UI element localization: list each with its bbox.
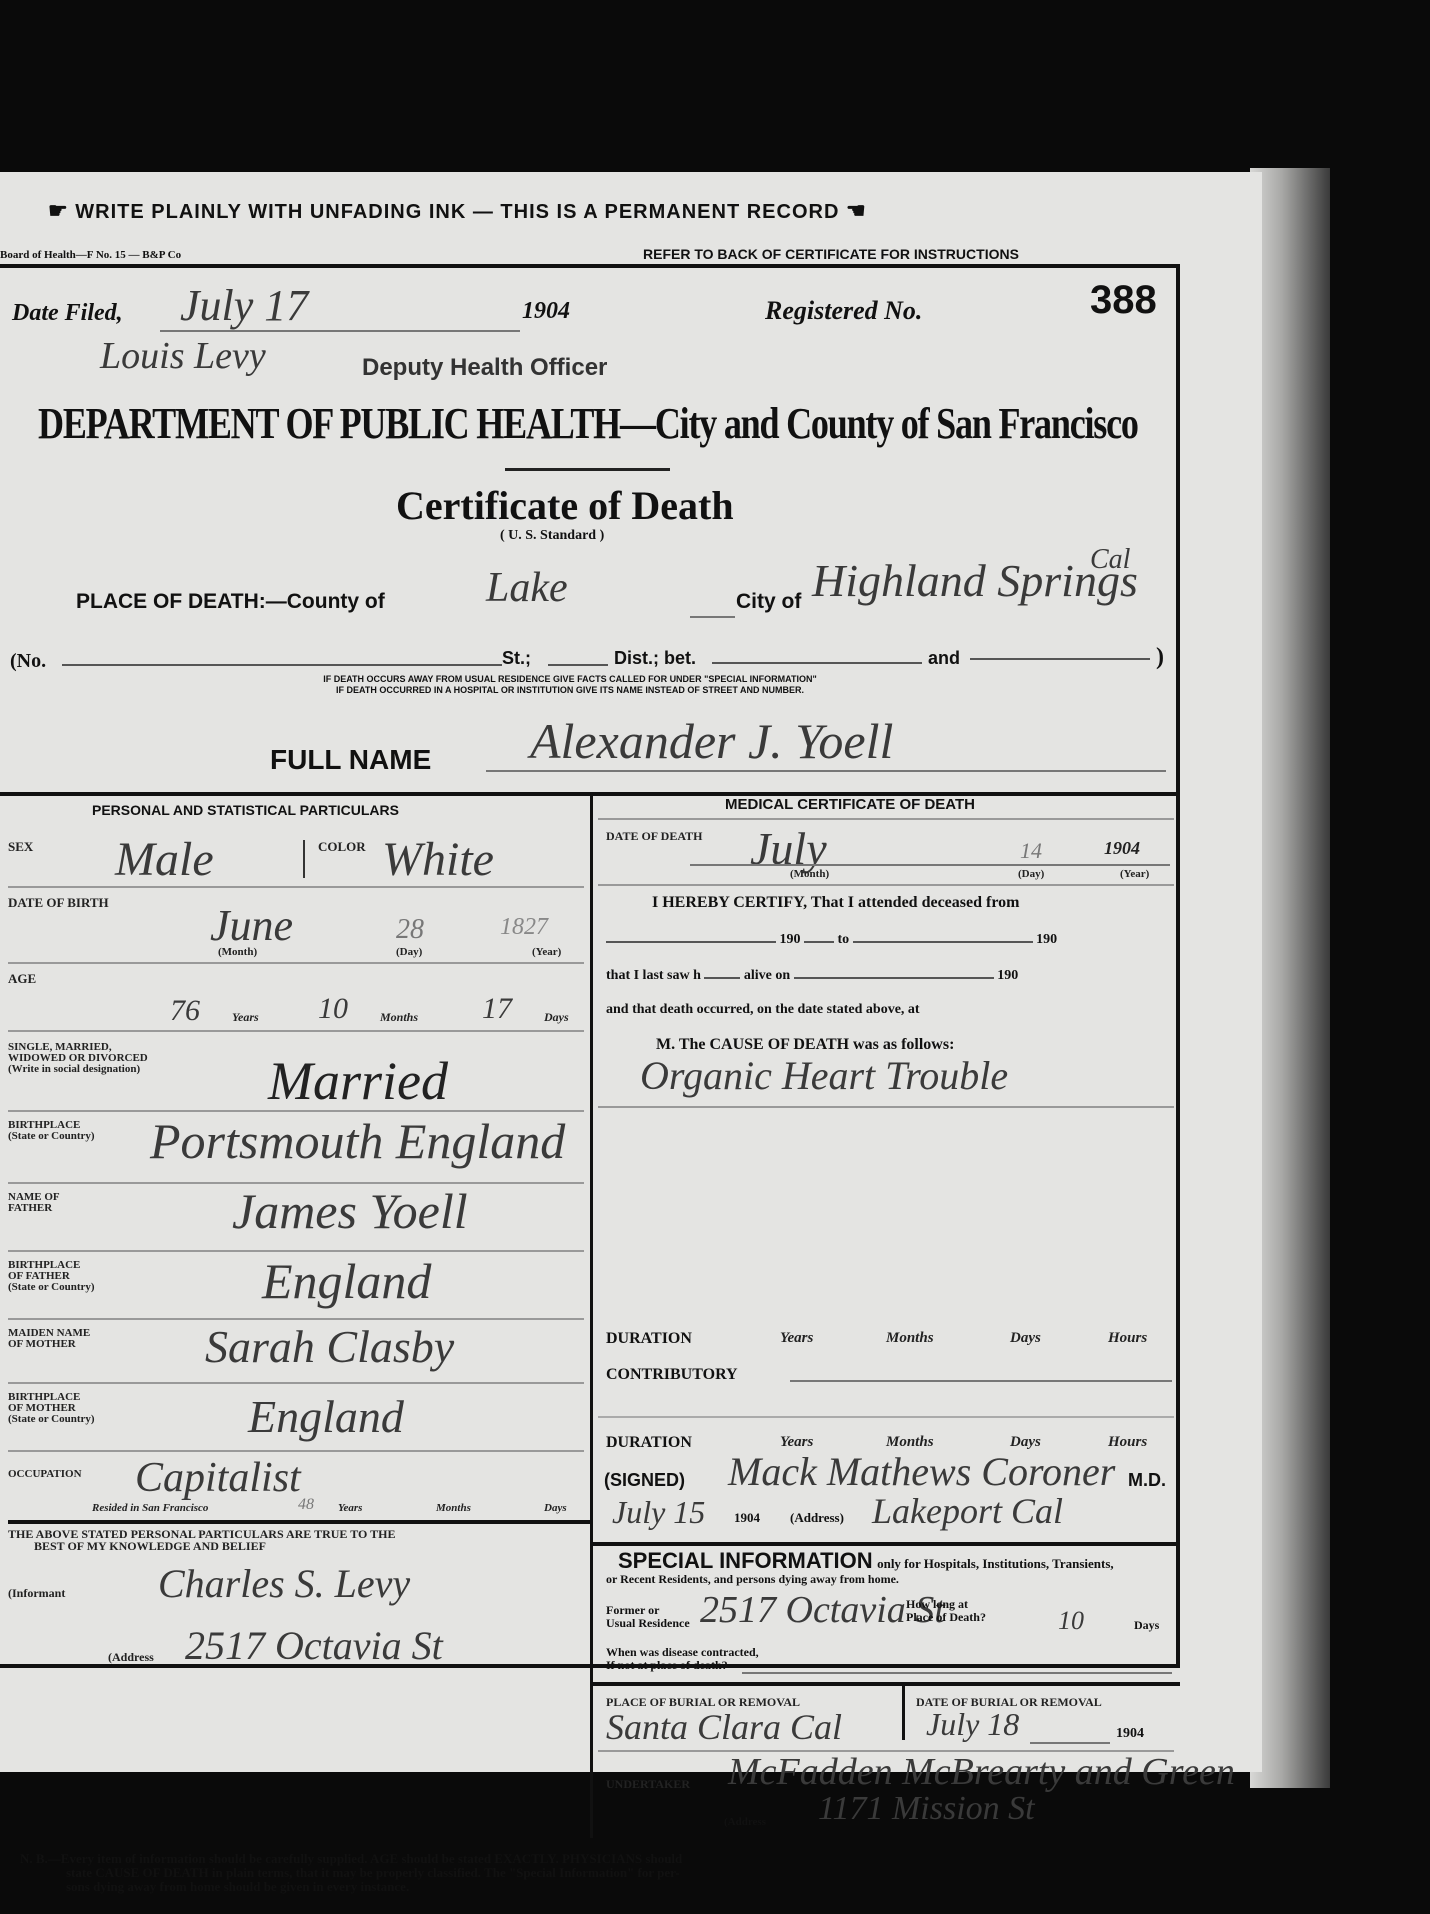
father-bp-value: England [262,1252,431,1310]
contributory-line [790,1380,1172,1382]
county-line [690,616,735,618]
burial-column-divider [902,1684,905,1740]
row-divider [598,818,1174,820]
color-value: White [382,832,494,887]
md-label: M.D. [1128,1470,1166,1491]
undertaker-label: UNDERTAKER [606,1778,690,1791]
duration-1-days: Days [1010,1330,1041,1347]
burial-year: 1904 [1116,1726,1144,1742]
row-divider [8,1382,584,1384]
title-divider [505,468,670,471]
signed-year: 1904 [734,1510,760,1526]
city-value: Highland Springs [812,554,1138,607]
from-year-line [804,941,834,943]
footer-line-3: sons dying away from home should be give… [20,1880,682,1894]
residence-note: IF DEATH OCCURS AWAY FROM USUAL RESIDENC… [145,674,995,696]
contributory-label: CONTRIBUTORY [606,1366,738,1384]
county-value: Lake [486,564,568,612]
resided-years: 48 [298,1496,314,1514]
cause-value: Organic Heart Trouble [640,1052,1008,1099]
footer-note-block: N. B.—Every item of information should b… [20,1852,682,1894]
dob-year-caption: (Year) [532,946,561,958]
department-title: DEPARTMENT OF PUBLIC HEALTH—City and Cou… [38,398,1138,449]
medical-heading: MEDICAL CERTIFICATE OF DEATH [725,796,975,813]
residence-label: Former or Usual Residence [606,1604,690,1630]
undertaker-address-value: 1171 Mission St [818,1790,1035,1828]
from-year-prefix: 190 [780,932,801,947]
row-divider [8,886,584,888]
last-saw-row: that I last saw h alive on 190 [606,968,1176,984]
mother-value: Sarah Clasby [205,1320,454,1373]
full-name-label: FULL NAME [270,744,431,776]
special-heading-rest: only for Hospitals, Institutions, Transi… [877,1556,1114,1571]
footer-line-1: N. B.—Every item of information should b… [20,1852,682,1866]
alive-on-line [794,977,994,979]
date-filed-line [160,330,520,332]
contributory-line-2 [598,1416,1174,1418]
medical-address-value: Lakeport Cal [872,1490,1063,1532]
street-no-label: (No. [10,650,46,673]
dod-line [690,864,1170,866]
duration-1-label: DURATION [606,1330,692,1348]
age-label: AGE [8,972,36,985]
special-heading: SPECIAL INFORMATION only for Hospitals, … [618,1548,1114,1574]
dob-month-caption: (Month) [218,946,257,958]
contracted-label-2: If not at place of death? [606,1659,759,1672]
date-filed-label: Date Filed, [12,300,123,327]
to-year-prefix: 190 [1036,932,1057,947]
age-years-caption: Years [232,1010,259,1025]
alive-year-prefix: 190 [997,968,1018,983]
burial-date-value: July 18 [926,1706,1019,1743]
father-label: NAME OF FATHER [8,1192,60,1214]
duration-2-label: DURATION [606,1434,692,1452]
sex-color-separator [303,840,305,878]
alive-on-label: alive on [744,968,790,983]
father-label-2: FATHER [8,1203,60,1214]
full-name-value: Alexander J. Yoell [530,712,893,770]
age-months: 10 [318,992,348,1026]
dob-month: June [210,900,293,951]
from-line [606,941,776,943]
burial-divider [592,1682,1180,1686]
book-page-edges [1250,168,1330,1788]
how-long-days-label: Days [1134,1618,1159,1633]
date-filed-value: July 17 [180,280,308,331]
certificate-title: Certificate of Death [396,482,734,529]
pointing-hand-icon: ☚ [846,198,867,223]
note-line-1: IF DEATH OCCURS AWAY FROM USUAL RESIDENC… [323,674,817,684]
dob-day: 28 [396,914,424,946]
attest-line-2: BEST OF MY KNOWLEDGE AND BELIEF [8,1540,395,1552]
age-days: 17 [482,992,512,1026]
mother-bp-label-3: (State or Country) [8,1414,95,1425]
resided-label: Resided in San Francisco [92,1502,208,1514]
age-years: 76 [170,994,200,1028]
birthplace-label: BIRTHPLACE (State or Country) [8,1120,95,1142]
signed-label: (SIGNED) [604,1470,685,1491]
signed-value: Mack Mathews Coroner [728,1448,1115,1495]
color-label: COLOR [318,840,366,853]
occupation-label: OCCUPATION [8,1468,82,1481]
row-divider [598,884,1174,886]
dist-line [712,662,922,664]
to-line [853,941,1033,943]
banner-text: WRITE PLAINLY WITH UNFADING INK — THIS I… [75,201,839,223]
age-months-caption: Months [380,1010,418,1025]
and-label: and [928,648,960,669]
informant-label: (Informant [8,1586,65,1601]
occupation-value: Capitalist [135,1454,301,1502]
registered-label: Registered No. [765,296,922,326]
contracted-line [742,1672,1172,1674]
how-long-label: How long at Place of Death? [906,1598,986,1624]
duration-1-hours: Hours [1108,1330,1147,1347]
undertaker-value: McFadden McBrearty and Green [728,1750,1235,1794]
personal-heading: PERSONAL AND STATISTICAL PARTICULARS [92,802,399,818]
contracted-label: When was disease contracted, If not at p… [606,1646,759,1672]
footer-line-2: state CAUSE OF DEATH in plain terms, tha… [20,1866,682,1880]
dod-year: 1904 [1104,838,1140,859]
deputy-title: Deputy Health Officer [362,354,607,382]
informant-address-value: 2517 Octavia St [185,1622,443,1669]
certify-text: I HEREBY CERTIFY, That I attended deceas… [652,894,1019,912]
cause-line [598,1106,1174,1108]
last-saw-label: that I last saw h [606,968,701,983]
us-standard: ( U. S. Standard ) [500,528,604,544]
special-heading-title: SPECIAL INFORMATION [618,1548,873,1573]
father-bp-label-3: (State or Country) [8,1282,95,1293]
birthplace-value: Portsmouth England [150,1112,565,1170]
burial-place-value: Santa Clara Cal [606,1706,842,1748]
mother-label-2: OF MOTHER [8,1339,90,1350]
marital-value: Married [268,1050,448,1112]
dod-month-caption: (Month) [790,868,829,880]
signed-date: July 15 [612,1494,705,1531]
certificate-page: ☛ WRITE PLAINLY WITH UNFADING INK — THIS… [0,172,1262,1772]
sex-label: SEX [8,840,33,853]
dob-year: 1827 [500,914,548,941]
to-label: to [838,932,850,947]
refer-instructions: REFER TO BACK OF CERTIFICATE FOR INSTRUC… [643,246,1019,262]
informant-address-label: (Address [108,1650,154,1665]
mother-label: MAIDEN NAME OF MOTHER [8,1328,90,1350]
how-long-label-2: Place of Death? [906,1611,986,1624]
age-days-caption: Days [544,1010,569,1025]
birthplace-label-2: (State or Country) [8,1131,95,1142]
dod-day-caption: (Day) [1018,868,1044,880]
deputy-signature: Louis Levy [100,334,266,378]
occurred-text: and that death occurred, on the date sta… [606,1002,920,1018]
medical-address-label: (Address) [790,1510,844,1526]
registered-number: 388 [1090,278,1157,323]
dod-day: 14 [1020,838,1042,864]
and-line [970,658,1150,660]
how-long-value: 10 [1058,1606,1084,1636]
date-filed-year: 1904 [522,298,570,325]
pointing-hand-icon: ☛ [48,198,69,223]
paren-close: ) [1156,644,1164,671]
attest-text: THE ABOVE STATED PERSONAL PARTICULARS AR… [8,1528,395,1552]
form-number: Board of Health—F No. 15 — B&P Co [0,249,181,261]
undertaker-address-label: (Address [724,1816,766,1828]
mother-bp-label: BIRTHPLACE OF MOTHER (State or Country) [8,1392,95,1425]
street-line [62,664,502,666]
city-label: City of [736,590,801,614]
dod-label: DATE OF DEATH [606,830,702,843]
resided-years-caption: Years [338,1502,362,1514]
resided-months-caption: Months [436,1502,471,1514]
dist-label: Dist.; bet. [614,648,696,669]
attest-divider [8,1520,590,1524]
dob-label: DATE OF BIRTH [8,896,109,909]
sex-value: Male [115,832,214,887]
full-name-line [486,770,1166,772]
row-divider [8,1450,584,1452]
st-line [548,664,608,666]
father-bp-label: BIRTHPLACE OF FATHER (State or Country) [8,1260,95,1293]
special-heading-line2: or Recent Residents, and persons dying a… [606,1572,899,1587]
mother-bp-value: England [248,1390,404,1443]
resided-days-caption: Days [544,1502,567,1514]
dod-year-caption: (Year) [1120,868,1149,880]
marital-label: SINGLE, MARRIED, WIDOWED OR DIVORCED (Wr… [8,1042,148,1075]
marital-label-3: (Write in social designation) [8,1064,148,1075]
dob-day-caption: (Day) [396,946,422,958]
duration-1-months: Months [886,1330,934,1347]
father-value: James Yoell [232,1182,468,1240]
informant-value: Charles S. Levy [158,1560,410,1607]
attended-from-row: 190 to 190 [606,932,1176,948]
row-divider [8,962,584,964]
state-value: Cal [1090,544,1130,576]
duration-1-years: Years [780,1330,813,1347]
last-saw-line [704,977,740,979]
note-line-2: IF DEATH OCCURRED IN A HOSPITAL OR INSTI… [336,685,804,695]
street-label: St.; [502,648,531,669]
special-divider [592,1542,1180,1546]
banner: ☛ WRITE PLAINLY WITH UNFADING INK — THIS… [48,198,867,224]
place-of-death-label: PLACE OF DEATH:—County of [76,590,385,614]
row-divider [8,1030,584,1032]
residence-label-2: Usual Residence [606,1617,690,1630]
burial-date-line [1030,1742,1110,1744]
